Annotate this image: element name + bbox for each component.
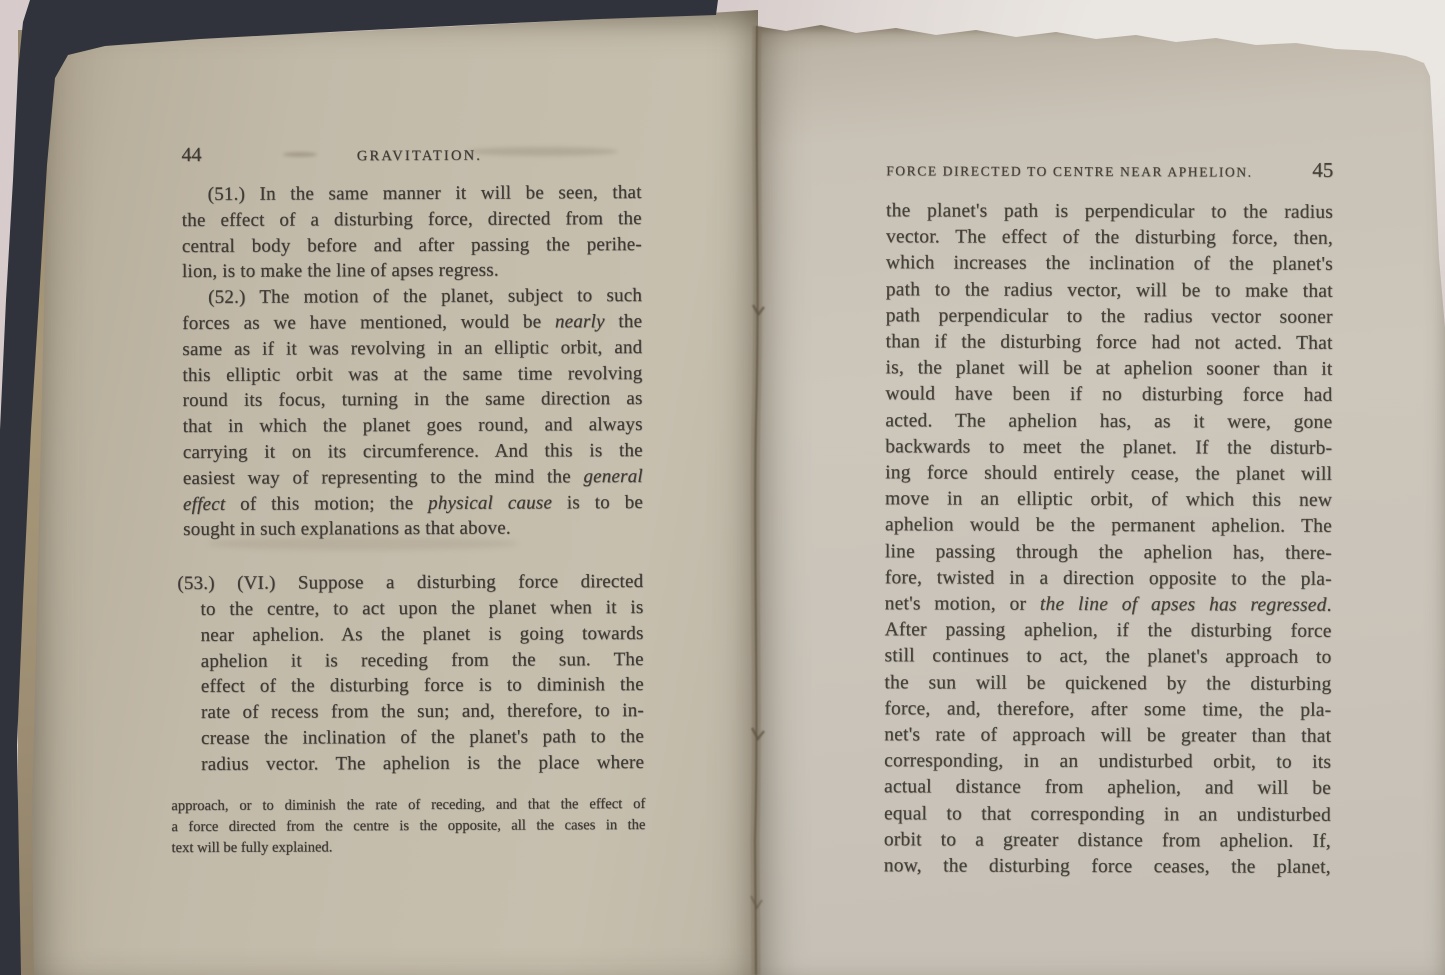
- left-page-header: 44 GRAVITATION.: [181, 142, 641, 168]
- text-line: round its focus, turning in the same dir…: [183, 386, 643, 414]
- text-line: (51.) In the same manner it will be seen…: [182, 180, 642, 208]
- right-page-top-edge-shadow: [760, 20, 1429, 35]
- text-line: lion, is to make the line of apses regre…: [182, 257, 642, 285]
- text-line: aphelion it is receding from the sun. Th…: [184, 647, 644, 675]
- left-page-number: 44: [181, 144, 227, 166]
- text-line: crease the inclination of the planet's p…: [184, 724, 644, 752]
- text-line: than if the disturbing force had not act…: [886, 329, 1333, 357]
- text-line: near aphelion. As the planet is going to…: [184, 621, 644, 649]
- text-line: carrying it on its circumference. And th…: [183, 438, 643, 466]
- text-line: force, and, therefore, after some time, …: [884, 696, 1331, 724]
- text-line: line passing through the aphelion has, t…: [885, 539, 1332, 567]
- text-line: to the centre, to act upon the planet wh…: [183, 595, 643, 623]
- paragraph: (52.) The motion of the planet, subject …: [182, 283, 643, 543]
- text-line: acted. The aphelion has, as it were, gon…: [885, 408, 1332, 436]
- text-line: vector. The effect of the disturbing for…: [886, 224, 1333, 252]
- text-line: the effect of a disturbing force, direct…: [182, 206, 642, 234]
- text-line: path to the radius vector, will be to ma…: [886, 277, 1333, 305]
- text-line: would have been if no disturbing force h…: [885, 382, 1332, 410]
- left-page-body: (51.) In the same manner it will be seen…: [182, 180, 645, 778]
- left-page-footnote: approach, or to diminish the rate of rec…: [171, 794, 645, 859]
- text-line: now, the disturbing force ceases, the pl…: [884, 853, 1331, 881]
- text-line: aphelion would be the permanent aphelion…: [885, 513, 1332, 541]
- text-line: ing force should entirely cease, the pla…: [885, 460, 1332, 488]
- text-line: sought in such explanations as that abov…: [183, 515, 643, 543]
- text-line: backwards to meet the planet. If the dis…: [885, 434, 1332, 462]
- text-line: the sun will be quickened by the disturb…: [884, 670, 1331, 698]
- text-line: which increases the inclination of the p…: [886, 251, 1333, 279]
- right-page-header: FORCE DIRECTED TO CENTRE NEAR APHELION. …: [886, 157, 1333, 184]
- right-page-body: the planet's path is perpendicular to th…: [884, 198, 1333, 881]
- text-line: still continues to act, the planet's app…: [884, 644, 1331, 672]
- left-page-text: 44 GRAVITATION. (51.) In the same manner…: [181, 142, 644, 859]
- text-line: a force directed from the centre is the …: [171, 815, 645, 838]
- text-line: that in which the planet goes round, and…: [183, 412, 643, 440]
- right-page-text: FORCE DIRECTED TO CENTRE NEAR APHELION. …: [884, 157, 1334, 881]
- text-line: radius vector. The aphelion is the place…: [184, 750, 644, 778]
- text-line: path perpendicular to the radius vector …: [886, 303, 1333, 331]
- text-line: forces as we have mentioned, would be ne…: [182, 309, 642, 337]
- text-line: (53.) (VI.) Suppose a disturbing force d…: [177, 569, 643, 597]
- book-photo: 44 GRAVITATION. (51.) In the same manner…: [0, 0, 1445, 975]
- paragraph: the planet's path is perpendicular to th…: [884, 198, 1333, 881]
- left-running-head: GRAVITATION.: [227, 144, 611, 168]
- text-line: corresponding, in an undisturbed orbit, …: [884, 748, 1331, 776]
- text-line: fore, twisted in a direction opposite to…: [885, 565, 1332, 593]
- text-line: net's rate of approach will be greater t…: [884, 722, 1331, 750]
- right-running-head: FORCE DIRECTED TO CENTRE NEAR APHELION.: [886, 160, 1252, 183]
- text-line: After passing aphelion, if the disturbin…: [885, 617, 1332, 645]
- text-line: effect of this motion; the physical caus…: [183, 490, 643, 518]
- text-line: approach, or to diminish the rate of rec…: [171, 794, 645, 817]
- text-line: central body before and after passing th…: [182, 232, 642, 260]
- text-line: effect of the disturbing force is to dim…: [184, 672, 644, 700]
- text-line: same as if it was revolving in an ellipt…: [182, 335, 642, 363]
- text-line: orbit to a greater distance from aphelio…: [884, 827, 1331, 855]
- text-line: easiest way of representing to the mind …: [183, 464, 643, 492]
- text-line: this elliptic orbit was at the same time…: [182, 361, 642, 389]
- text-line: rate of recess from the sun; and, theref…: [184, 698, 644, 726]
- text-line: equal to that corresponding in an undist…: [884, 801, 1331, 829]
- text-line: actual distance from aphelion, and will …: [884, 775, 1331, 803]
- text-line: the planet's path is perpendicular to th…: [886, 198, 1333, 226]
- text-line: (52.) The motion of the planet, subject …: [182, 283, 642, 311]
- paragraph: (53.) (VI.) Suppose a disturbing force d…: [183, 569, 644, 777]
- paragraph: (51.) In the same manner it will be seen…: [182, 180, 642, 285]
- text-line: move in an elliptic orbit, of which this…: [885, 486, 1332, 514]
- text-line: text will be fully explained.: [171, 836, 645, 859]
- right-page-number: 45: [1312, 159, 1333, 181]
- text-line: net's motion, or the line of apses has r…: [885, 591, 1332, 619]
- text-line: is, the planet will be at aphelion soone…: [885, 355, 1332, 383]
- book-gutter: [733, 0, 783, 975]
